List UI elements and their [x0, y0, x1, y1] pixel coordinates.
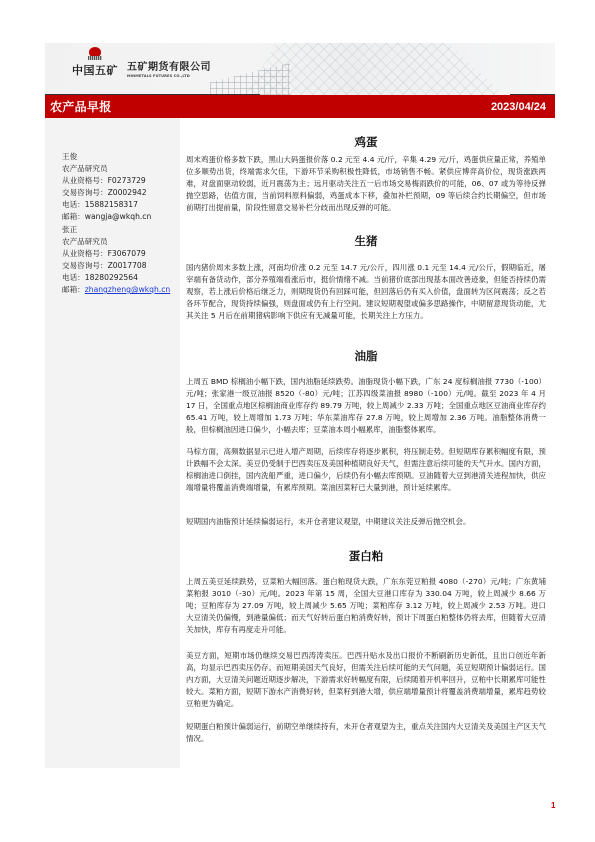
paragraph: 国内猪价周末多数上涨，河南均价涨 0.2 元至 14.7 元/公斤，四川涨 0.…	[186, 262, 546, 322]
analyst-consult-number: 交易咨询号：Z0002942	[62, 187, 151, 199]
banner-background-graphic-2	[210, 63, 290, 95]
section-title-protein-meal: 蛋白粕	[186, 548, 546, 564]
analyst-title: 农产品研究员	[62, 163, 151, 175]
china-minmetals-logo: 中国五矿	[70, 47, 120, 78]
paragraph: 美豆方面，短期市场仍继续交易巴西涛涛卖压。巴西升贴水及出口报价不断刷新历史新低，…	[186, 650, 546, 710]
section-title-eggs: 鸡蛋	[186, 134, 546, 150]
company-logo: 五矿期货有限公司 MINMETALS FUTURES CO.,LTD	[127, 58, 211, 78]
analyst-title: 农产品研究员	[62, 236, 170, 248]
header-banner: 中国五矿 五矿期货有限公司 MINMETALS FUTURES CO.,LTD	[45, 43, 555, 95]
analyst-email: 邮箱：zhangzheng@wkqh.cn	[62, 284, 170, 296]
section-title-oils: 油脂	[186, 348, 546, 364]
analyst-name: 王俊	[62, 151, 151, 163]
report-date: 2023/04/24	[491, 101, 546, 113]
paragraph: 周末鸡蛋价格多数下跌，黑山大码蛋报价落 0.2 元至 4.4 元/斤，辛集 4.…	[186, 154, 546, 214]
page-number: 1	[551, 801, 555, 810]
analyst-phone: 电话：18280292564	[62, 272, 170, 284]
report-title: 农产品早报	[50, 98, 112, 115]
analyst-phone: 电话：15882158317	[62, 199, 151, 211]
analyst-name: 张正	[62, 224, 170, 236]
section-title-hogs: 生猪	[186, 233, 546, 249]
analyst-consult-number: 交易咨询号：Z0017708	[62, 260, 170, 272]
paragraph: 上周五美豆延续跌势，豆菜粕大幅回落。蛋白粕现货大跌，广东东莞豆粕报 4080（-…	[186, 576, 546, 636]
company-name-cn: 五矿期货有限公司	[127, 58, 211, 73]
analyst-email-value: wangja@wkqh.cn	[85, 212, 152, 221]
analyst-sidebar: 王俊 农产品研究员 从业资格号：F0273729 交易咨询号：Z0002942 …	[45, 118, 180, 768]
minmetals-emblem-icon	[87, 47, 103, 61]
analyst-email-link[interactable]: zhangzheng@wkqh.cn	[85, 285, 170, 294]
group-logo-text: 中国五矿	[70, 62, 120, 78]
report-title-bar: 农产品早报 2023/04/24	[45, 95, 555, 118]
paragraph: 上周五 BMD 棕榈油小幅下跌，国内油脂延续跌势。油脂现货小幅下跌，广东 24 …	[186, 376, 546, 436]
analyst-card: 王俊 农产品研究员 从业资格号：F0273729 交易咨询号：Z0002942 …	[62, 151, 151, 223]
analyst-email: 邮箱：wangja@wkqh.cn	[62, 211, 151, 223]
paragraph: 短期国内油脂预计延续偏弱运行，未开仓者建议观望，中期建议关注反弹后抛空机会。	[186, 516, 546, 528]
analyst-card: 张正 农产品研究员 从业资格号：F3067079 交易咨询号：Z0017708 …	[62, 224, 170, 296]
paragraph: 马棕方面，高频数据显示已进入增产周期，后续库存将逐步累积，将压制走势。但短期库存…	[186, 446, 546, 494]
paragraph: 短期蛋白粕预计偏弱运行，前期空单继续持有，未开仓者观望为主，重点关注国内大豆清关…	[186, 721, 546, 745]
company-name-en: MINMETALS FUTURES CO.,LTD	[127, 74, 211, 78]
analyst-license: 从业资格号：F3067079	[62, 248, 170, 260]
analyst-license: 从业资格号：F0273729	[62, 175, 151, 187]
